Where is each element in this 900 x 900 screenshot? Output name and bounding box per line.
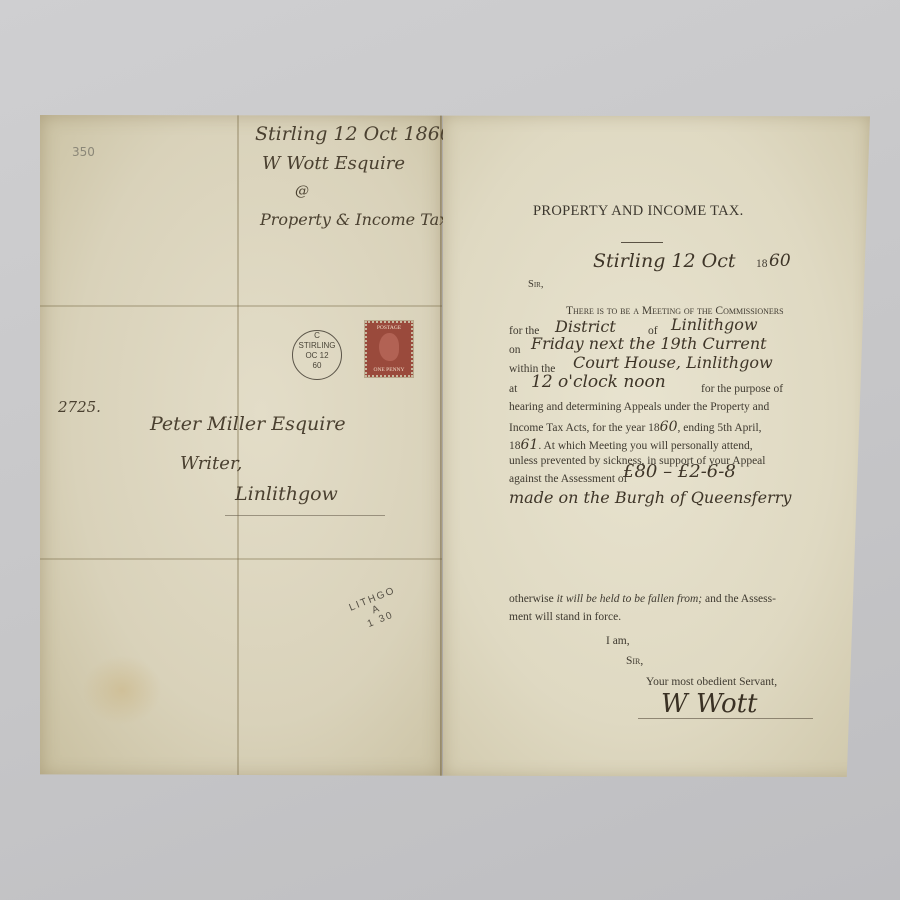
year-fill: 60 [769, 251, 791, 271]
closing-servant: Your most obedient Servant, [646, 676, 777, 688]
signature-flourish [638, 718, 813, 719]
docket-subject: Property & Income Tax. [260, 210, 453, 229]
pencil-note: 350 [72, 145, 95, 159]
time-fill: 12 o'clock noon [531, 372, 666, 392]
address-panel: 350 Stirling 12 Oct 1860 W Wott Esquire … [40, 115, 442, 777]
year-printed: 18 [756, 258, 768, 270]
body-line-otherwise: otherwise it will be held to be fallen f… [509, 593, 776, 605]
year-fill-b: 61 [521, 437, 539, 453]
salutation: Sir, [528, 279, 543, 290]
postmark-letter: C [293, 331, 341, 341]
body-line-hearing: hearing and determining Appeals under th… [509, 401, 769, 413]
body-line-force: ment will stand in force. [509, 611, 621, 623]
body-line-acts: Income Tax Acts, for the year 1860, endi… [509, 419, 762, 435]
assessment-amount-fill: £80 – £2-6-8 [623, 461, 736, 482]
purpose-text: for the purpose of [701, 383, 783, 395]
addressee-occupation: Writer, [180, 453, 242, 474]
body-line-attend: 1861. At which Meeting you will personal… [509, 437, 753, 453]
heading-rule [621, 242, 663, 243]
place-date-fill: Stirling 12 Oct [593, 250, 735, 272]
district-name-fill: Linlithgow [671, 315, 758, 334]
attend-text: . At which Meeting you will personally a… [538, 440, 752, 452]
fallen-from-text: it will be held to be fallen from; [557, 593, 703, 605]
address-flourish [225, 515, 385, 516]
horizontal-fold-line-upper [40, 305, 442, 307]
on-label: on [509, 344, 521, 356]
vertical-fold-line [237, 115, 239, 777]
stamp-value-label: ONE PENNY [367, 367, 411, 373]
queen-victoria-portrait-icon [379, 333, 399, 361]
letter-sheet: 350 Stirling 12 Oct 1860 W Wott Esquire … [40, 115, 870, 777]
reference-number: 2725. [58, 398, 101, 416]
postmark-year: 60 [293, 361, 341, 371]
signature: W Wott [661, 689, 758, 719]
notice-heading: PROPERTY AND INCOME TAX. [533, 203, 744, 220]
docket-at: @ [295, 183, 309, 199]
addressee-town: Linlithgow [235, 483, 338, 505]
docket-place-date: Stirling 12 Oct 1860 [255, 123, 452, 145]
docket-sender: W Wott Esquire [262, 153, 405, 174]
addressee-name: Peter Miller Esquire [150, 413, 346, 435]
acts-text: Income Tax Acts, for the year 18 [509, 422, 660, 434]
linlithgow-receiving-mark: LITHGO A 1 30 [348, 585, 406, 634]
year-prefix-b: 18 [509, 440, 521, 452]
penny-red-stamp: POSTAGE ONE PENNY [365, 321, 413, 377]
postmark-town: STIRLING [293, 341, 341, 351]
horizontal-fold-line-lower [40, 558, 442, 560]
year-fill-a: 60 [660, 419, 678, 435]
stirling-postmark: C STIRLING OC 12 60 [292, 330, 342, 380]
closing-sir: Sir, [626, 655, 643, 667]
postmark-date: OC 12 [293, 351, 341, 361]
place-fill: Court House, Linlithgow [573, 353, 773, 372]
assess-text: and the Assess- [702, 593, 776, 605]
made-on-fill: made on the Burgh of Queensferry [509, 488, 791, 507]
paper-stain [82, 655, 162, 725]
closing-i-am: I am, [606, 635, 630, 647]
at-label: at [509, 383, 517, 395]
stamp-postage-label: POSTAGE [367, 325, 411, 331]
day-fill: Friday next the 19th Current [531, 334, 767, 353]
body-line-against: against the Assessment of [509, 473, 628, 485]
tax-notice-panel: PROPERTY AND INCOME TAX. Stirling 12 Oct… [443, 115, 870, 777]
otherwise-text: otherwise [509, 593, 557, 605]
ending-text: , ending 5th April, [678, 422, 762, 434]
